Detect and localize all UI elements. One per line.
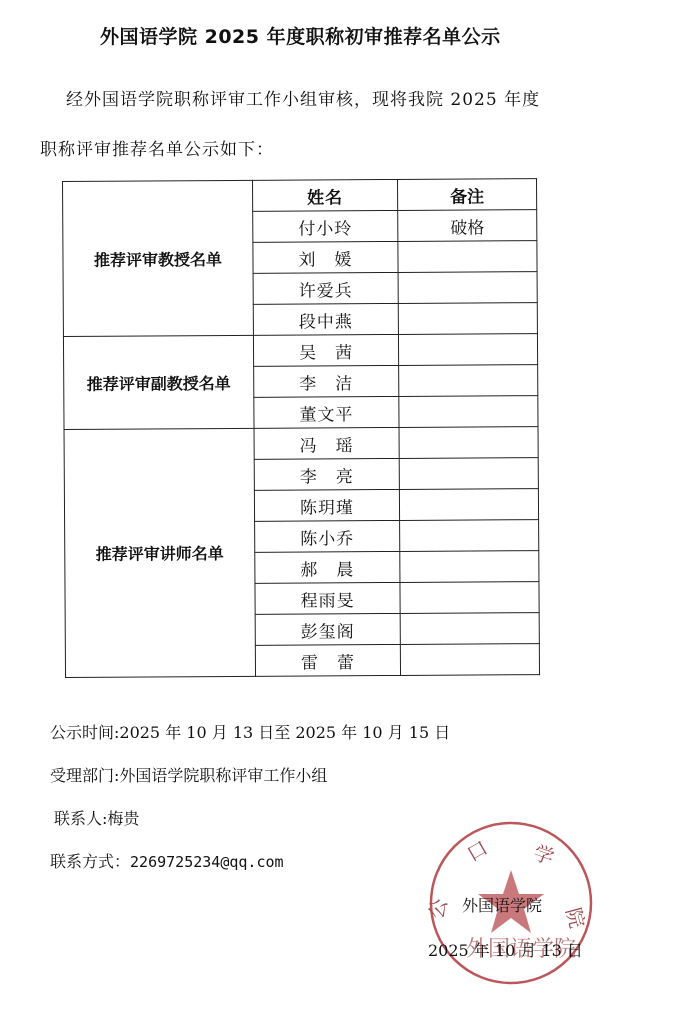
- svg-text:院: 院: [561, 905, 589, 931]
- name-cell: 刘 媛: [253, 241, 398, 273]
- header-note: 备注: [397, 179, 536, 211]
- name-cell: 陈玥瑾: [254, 489, 399, 521]
- note-cell: [400, 613, 539, 645]
- handling-department: 受理部门:外国语学院职称评审工作小组: [50, 763, 327, 786]
- category-lecturer: 推荐评审讲师名单: [64, 428, 256, 677]
- header-name: 姓名: [252, 179, 397, 211]
- signature-organization: 外国语学院: [462, 893, 542, 916]
- note-cell: [398, 241, 537, 273]
- note-cell: [398, 334, 537, 366]
- note-cell: [398, 303, 537, 335]
- note-cell: [400, 551, 539, 583]
- intro-line-2: 职称评审推荐名单公示如下：: [40, 135, 274, 160]
- contact-label: 联系方式：: [50, 852, 130, 871]
- name-cell: 雷 蕾: [255, 644, 400, 676]
- category-associate-professor: 推荐评审副教授名单: [63, 335, 254, 429]
- signature-date: 2025 年 10 月 13 日: [428, 938, 583, 961]
- recommendation-table: 推荐评审教授名单 姓名 备注 付小玲 破格 刘 媛 许爱兵 段中燕 推荐评审副教…: [62, 178, 540, 678]
- svg-text:公: 公: [428, 896, 452, 922]
- name-cell: 许爱兵: [253, 272, 398, 304]
- name-cell: 冯 瑶: [254, 427, 399, 459]
- note-cell: [400, 644, 539, 676]
- note-cell: [398, 272, 537, 304]
- note-cell: 破格: [398, 210, 537, 242]
- name-cell: 李 洁: [254, 365, 399, 397]
- note-cell: [399, 365, 538, 397]
- name-cell: 程雨旻: [255, 582, 400, 614]
- table-row: 推荐评审讲师名单 冯 瑶: [64, 427, 538, 461]
- note-cell: [400, 520, 539, 552]
- note-cell: [400, 582, 539, 614]
- name-cell: 付小玲: [253, 210, 398, 242]
- intro-line-1: 经外国语学院职称评审工作小组审核，现将我院 2025 年度: [66, 85, 540, 110]
- publicity-period: 公示时间:2025 年 10 月 13 日至 2025 年 10 月 15 日: [50, 720, 450, 743]
- svg-text:学: 学: [530, 840, 557, 869]
- name-cell: 段中燕: [253, 303, 398, 335]
- table-row: 推荐评审副教授名单 吴 茜: [63, 334, 537, 368]
- contact-method: 联系方式：2269725234@qq.com: [50, 849, 284, 872]
- name-cell: 董文平: [254, 396, 399, 428]
- name-cell: 李 亮: [254, 458, 399, 490]
- note-cell: [399, 458, 538, 490]
- contact-email: 2269725234@qq.com: [130, 853, 284, 871]
- svg-text:口: 口: [463, 836, 492, 867]
- note-cell: [399, 427, 538, 459]
- name-cell: 彭玺阁: [255, 613, 400, 645]
- table-header-row: 推荐评审教授名单 姓名 备注: [63, 179, 537, 213]
- contact-person: 联系人:梅贵: [54, 806, 139, 829]
- note-cell: [399, 489, 538, 521]
- category-professor: 推荐评审教授名单: [63, 180, 254, 336]
- name-cell: 郝 晨: [255, 551, 400, 583]
- name-cell: 吴 茜: [253, 334, 398, 366]
- document-title: 外国语学院 2025 年度职称初审推荐名单公示: [100, 22, 501, 49]
- name-cell: 陈小乔: [255, 520, 400, 552]
- note-cell: [399, 396, 538, 428]
